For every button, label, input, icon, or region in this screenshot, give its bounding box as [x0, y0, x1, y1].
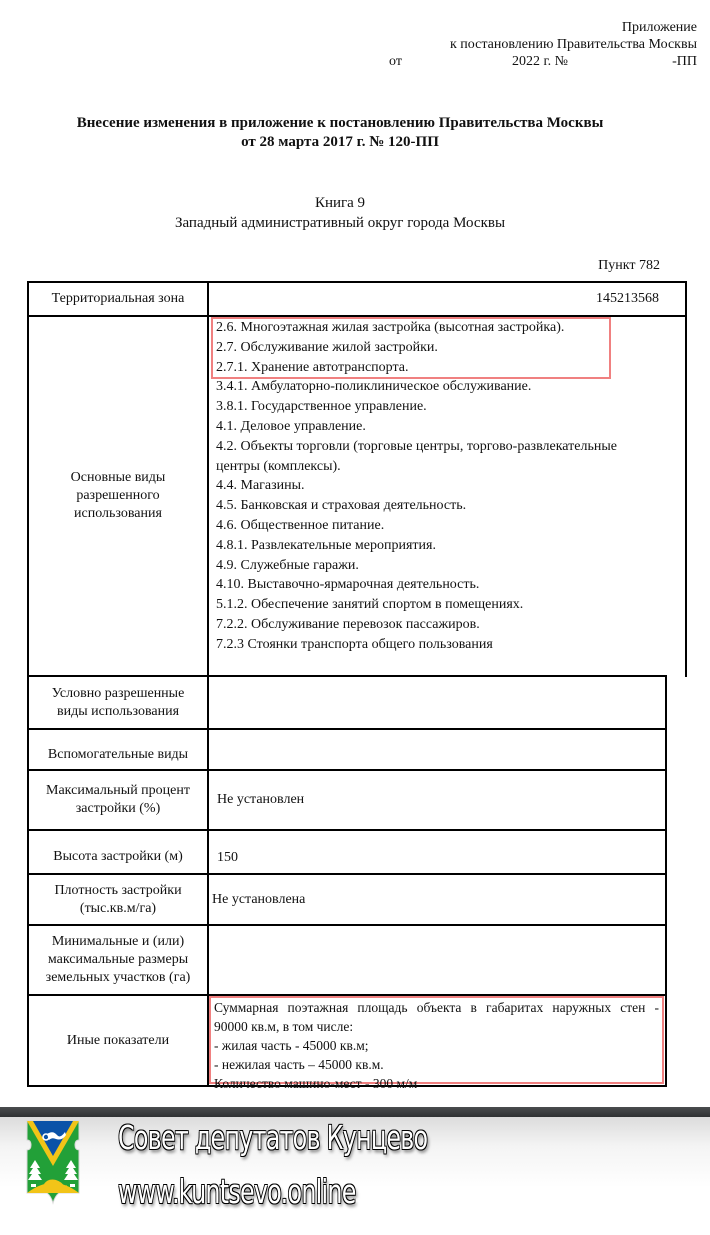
other-indicator-line: Количество машино-мест - 300 м/м	[214, 1074, 659, 1093]
main-use-item: 4.1. Деловое управление.	[216, 417, 676, 437]
density-label: Плотность застройки (тыс.кв.м/га)	[29, 875, 207, 924]
footer-top-bar	[0, 1107, 710, 1117]
appendix-header: Приложение к постановлению Правительства…	[377, 19, 697, 70]
title-line-1: Внесение изменения в приложение к постан…	[0, 114, 680, 133]
appendix-from: от	[389, 53, 402, 70]
book-heading: Книга 9 Западный административный округ …	[0, 193, 680, 233]
table-border	[665, 675, 667, 1087]
other-indicator-line: - жилая часть - 45000 кв.м;	[214, 1036, 659, 1055]
main-use-item: 4.8.1. Развлекательные мероприятия.	[216, 536, 676, 556]
main-use-item-highlighted: 2.6. Многоэтажная жилая застройка (высот…	[216, 318, 676, 338]
main-use-item: 3.8.1. Государственное управление.	[216, 397, 676, 417]
appendix-reference: к постановлению Правительства Москвы	[377, 36, 697, 53]
main-use-item: 7.2.3 Стоянки транспорта общего пользова…	[216, 635, 676, 655]
territorial-zone-label: Территориальная зона	[29, 283, 207, 315]
main-use-item: 4.9. Служебные гаражи.	[216, 556, 676, 576]
conditional-uses-value	[209, 677, 665, 728]
table-border	[685, 281, 687, 677]
punkt-number: Пункт 782	[598, 258, 660, 274]
auxiliary-uses-label: Вспомогательные виды	[29, 730, 207, 769]
height-value: 150	[217, 831, 657, 873]
footer-url[interactable]: www.kuntsevo.online	[118, 1172, 356, 1211]
district-name: Западный административный округ города М…	[0, 213, 680, 233]
max-percent-label: Максимальный процент застройки (%)	[29, 771, 207, 829]
plot-sizes-value	[209, 926, 665, 994]
appendix-suffix: -ПП	[672, 53, 697, 70]
document-title: Внесение изменения в приложение к постан…	[0, 114, 680, 152]
height-label: Высота застройки (м)	[29, 831, 207, 873]
appendix-date-number: от 2022 г. № -ПП	[377, 53, 697, 70]
title-line-2: от 28 марта 2017 г. № 120-ПП	[0, 133, 680, 152]
other-indicators-value: Суммарная поэтажная площадь объекта в га…	[214, 998, 659, 1093]
main-use-item: 5.1.2. Обеспечение занятий спортом в пом…	[216, 595, 676, 615]
main-use-item-highlighted: 2.7. Обслуживание жилой застройки.	[216, 338, 676, 358]
footer-title: Совет депутатов Кунцево	[118, 1118, 427, 1157]
main-uses-label: Основные виды разрешенного использования	[29, 317, 207, 675]
main-use-item-highlighted: 2.7.1. Хранение автотранспорта.	[216, 358, 676, 378]
other-indicators-label: Иные показатели	[29, 996, 207, 1085]
conditional-uses-label: Условно разрешенные виды использования	[29, 677, 207, 728]
main-use-item: 3.4.1. Амбулаторно-поликлиническое обслу…	[216, 377, 676, 397]
main-use-item: 7.2.2. Обслуживание перевозок пассажиров…	[216, 615, 676, 635]
plot-sizes-label: Минимальные и (или) максимальные размеры…	[29, 926, 207, 994]
other-indicator-line: - нежилая часть – 45000 кв.м.	[214, 1055, 659, 1074]
main-use-item: 4.4. Магазины.	[216, 476, 676, 496]
book-number: Книга 9	[0, 193, 680, 213]
main-use-item: 4.2. Объекты торговли (торговые центры, …	[216, 437, 676, 457]
other-indicator-line: Суммарная поэтажная площадь объекта в га…	[214, 998, 659, 1017]
density-value: Не установлена	[212, 875, 657, 924]
main-use-item: 4.6. Общественное питание.	[216, 516, 676, 536]
main-use-item: 4.5. Банковская и страховая деятельность…	[216, 496, 676, 516]
main-use-item: 4.10. Выставочно-ярмарочная деятельность…	[216, 575, 676, 595]
other-indicator-line: 90000 кв.м, в том числе:	[214, 1017, 659, 1036]
main-use-item: центры (комплексы).	[216, 457, 676, 477]
appendix-title: Приложение	[377, 19, 697, 36]
appendix-year: 2022 г. №	[512, 53, 568, 70]
kuntsevo-coat-of-arms-icon	[23, 1118, 83, 1218]
max-percent-value: Не установлен	[217, 771, 657, 829]
territorial-zone-value: 145213568	[209, 283, 659, 315]
auxiliary-uses-value	[209, 730, 665, 769]
main-uses-list: 2.6. Многоэтажная жилая застройка (высот…	[216, 318, 676, 655]
